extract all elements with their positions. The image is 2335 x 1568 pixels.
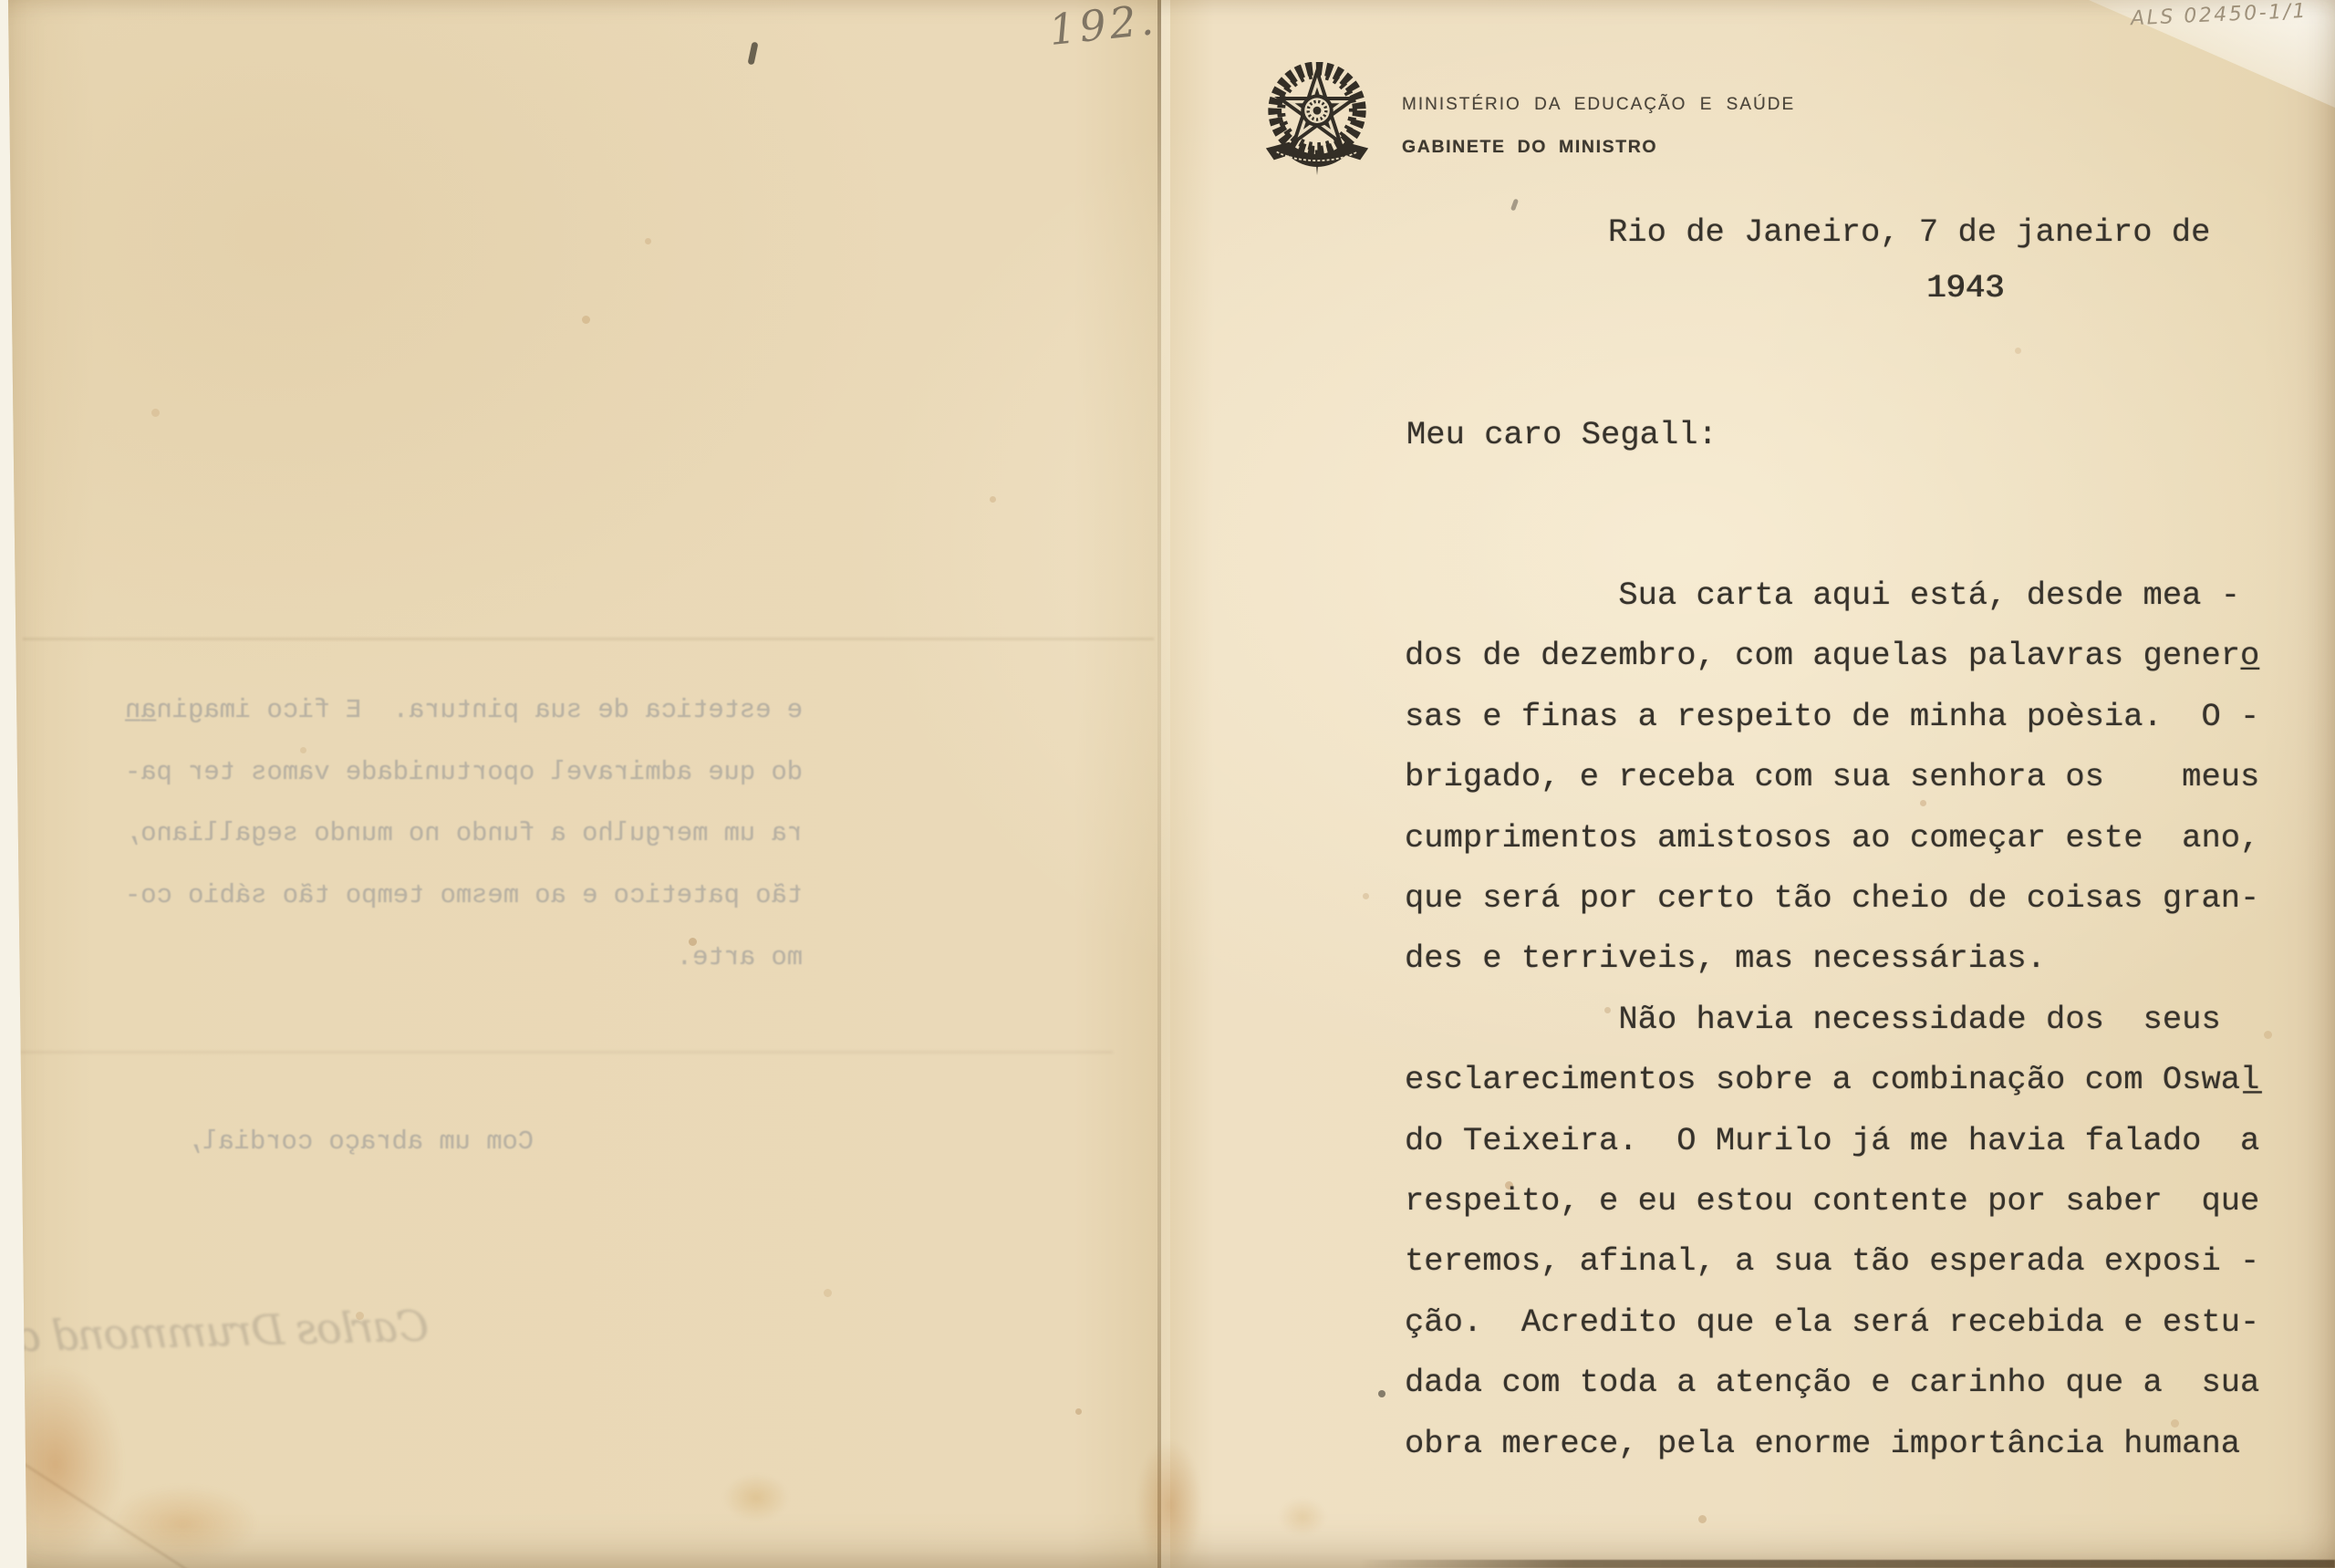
- verso-closing-line: Com um abraço cordial,: [82, 1111, 803, 1173]
- office-name: GABINETE DO MINISTRO: [1402, 137, 1657, 158]
- text-line: obra merece, pela enorme importância hum…: [1405, 1414, 2280, 1474]
- text-line: e estetica de sua pintura. E fico imagin…: [82, 680, 803, 742]
- brazil-coat-of-arms-emblem: [1259, 62, 1375, 181]
- pencil-page-number: 192.: [1047, 0, 1159, 55]
- paper-sheet: e estetica de sua pintura. E fico imagin…: [0, 0, 2335, 1568]
- verso-lines: e estetica de sua pintura. E fico imagin…: [82, 680, 803, 988]
- text-line: que será por certo tão cheio de coisas g…: [1405, 868, 2280, 929]
- salutation: Meu caro Segall:: [1406, 419, 1718, 452]
- text-line: do que admiravel oportunidade vamos ter …: [82, 742, 803, 804]
- ink-smudge: [747, 42, 758, 66]
- text-line: do Teixeira. O Murilo já me havia falado…: [1405, 1111, 2280, 1171]
- text-line: dos de dezembro, com aquelas palavras ge…: [1405, 626, 2280, 686]
- text-line: Sua carta aqui está, desde mea -: [1405, 566, 2280, 626]
- letter-body: Sua carta aqui está, desde mea -dos de d…: [1405, 566, 2280, 1474]
- ministry-name: MINISTÉRIO DA EDUCAÇÃO E SAÚDE: [1402, 95, 1795, 115]
- text-line: brigado, e receba com sua senhora os meu…: [1405, 747, 2280, 807]
- foxing-spots: [0, 0, 5, 5]
- text-line: ra um mergulho a fundo no mundo segallia…: [82, 803, 803, 865]
- text-line: teremos, afinal, a sua tão esperada expo…: [1405, 1231, 2280, 1292]
- text-line: tão patetico e ao mesmo tempo tão sábio …: [82, 865, 803, 927]
- bottom-page-edge-shadow: [1359, 1560, 2335, 1568]
- verso-signature-handwriting: Carlos Drummond de Andrade: [81, 1283, 804, 1369]
- text-line: respeito, e eu estou contente por saber …: [1405, 1171, 2280, 1231]
- letter-scan: e estetica de sua pintura. E fico imagin…: [0, 0, 2335, 1568]
- text-line: sas e finas a respeito de minha poèsia. …: [1405, 687, 2280, 747]
- center-fold-highlight: [1161, 0, 1170, 1568]
- text-line: esclarecimentos sobre a combinação com O…: [1405, 1050, 2280, 1110]
- text-line: des e terriveis, mas necessárias.: [1405, 929, 2280, 989]
- ink-smudge: [1510, 199, 1519, 212]
- text-line: cumprimentos amistosos ao começar este a…: [1405, 808, 2280, 868]
- paper-stain: [108, 1485, 258, 1563]
- text-line: ção. Acredito que ela será recebida e es…: [1405, 1293, 2280, 1353]
- verso-showthrough-text: e estetica de sua pintura. E fico imagin…: [82, 556, 803, 1483]
- paper-stain: [1279, 1498, 1326, 1536]
- stray-ink-dot: [1378, 1390, 1385, 1397]
- date-line: Rio de Janeiro, 7 de janeiro de: [1608, 216, 2210, 249]
- text-line: dada com toda a atenção e carinho que a …: [1405, 1353, 2280, 1413]
- date-year: 1943: [1926, 272, 2004, 305]
- text-line: Não havia necessidade dos seus: [1405, 990, 2280, 1050]
- text-line: mo arte.: [82, 927, 803, 989]
